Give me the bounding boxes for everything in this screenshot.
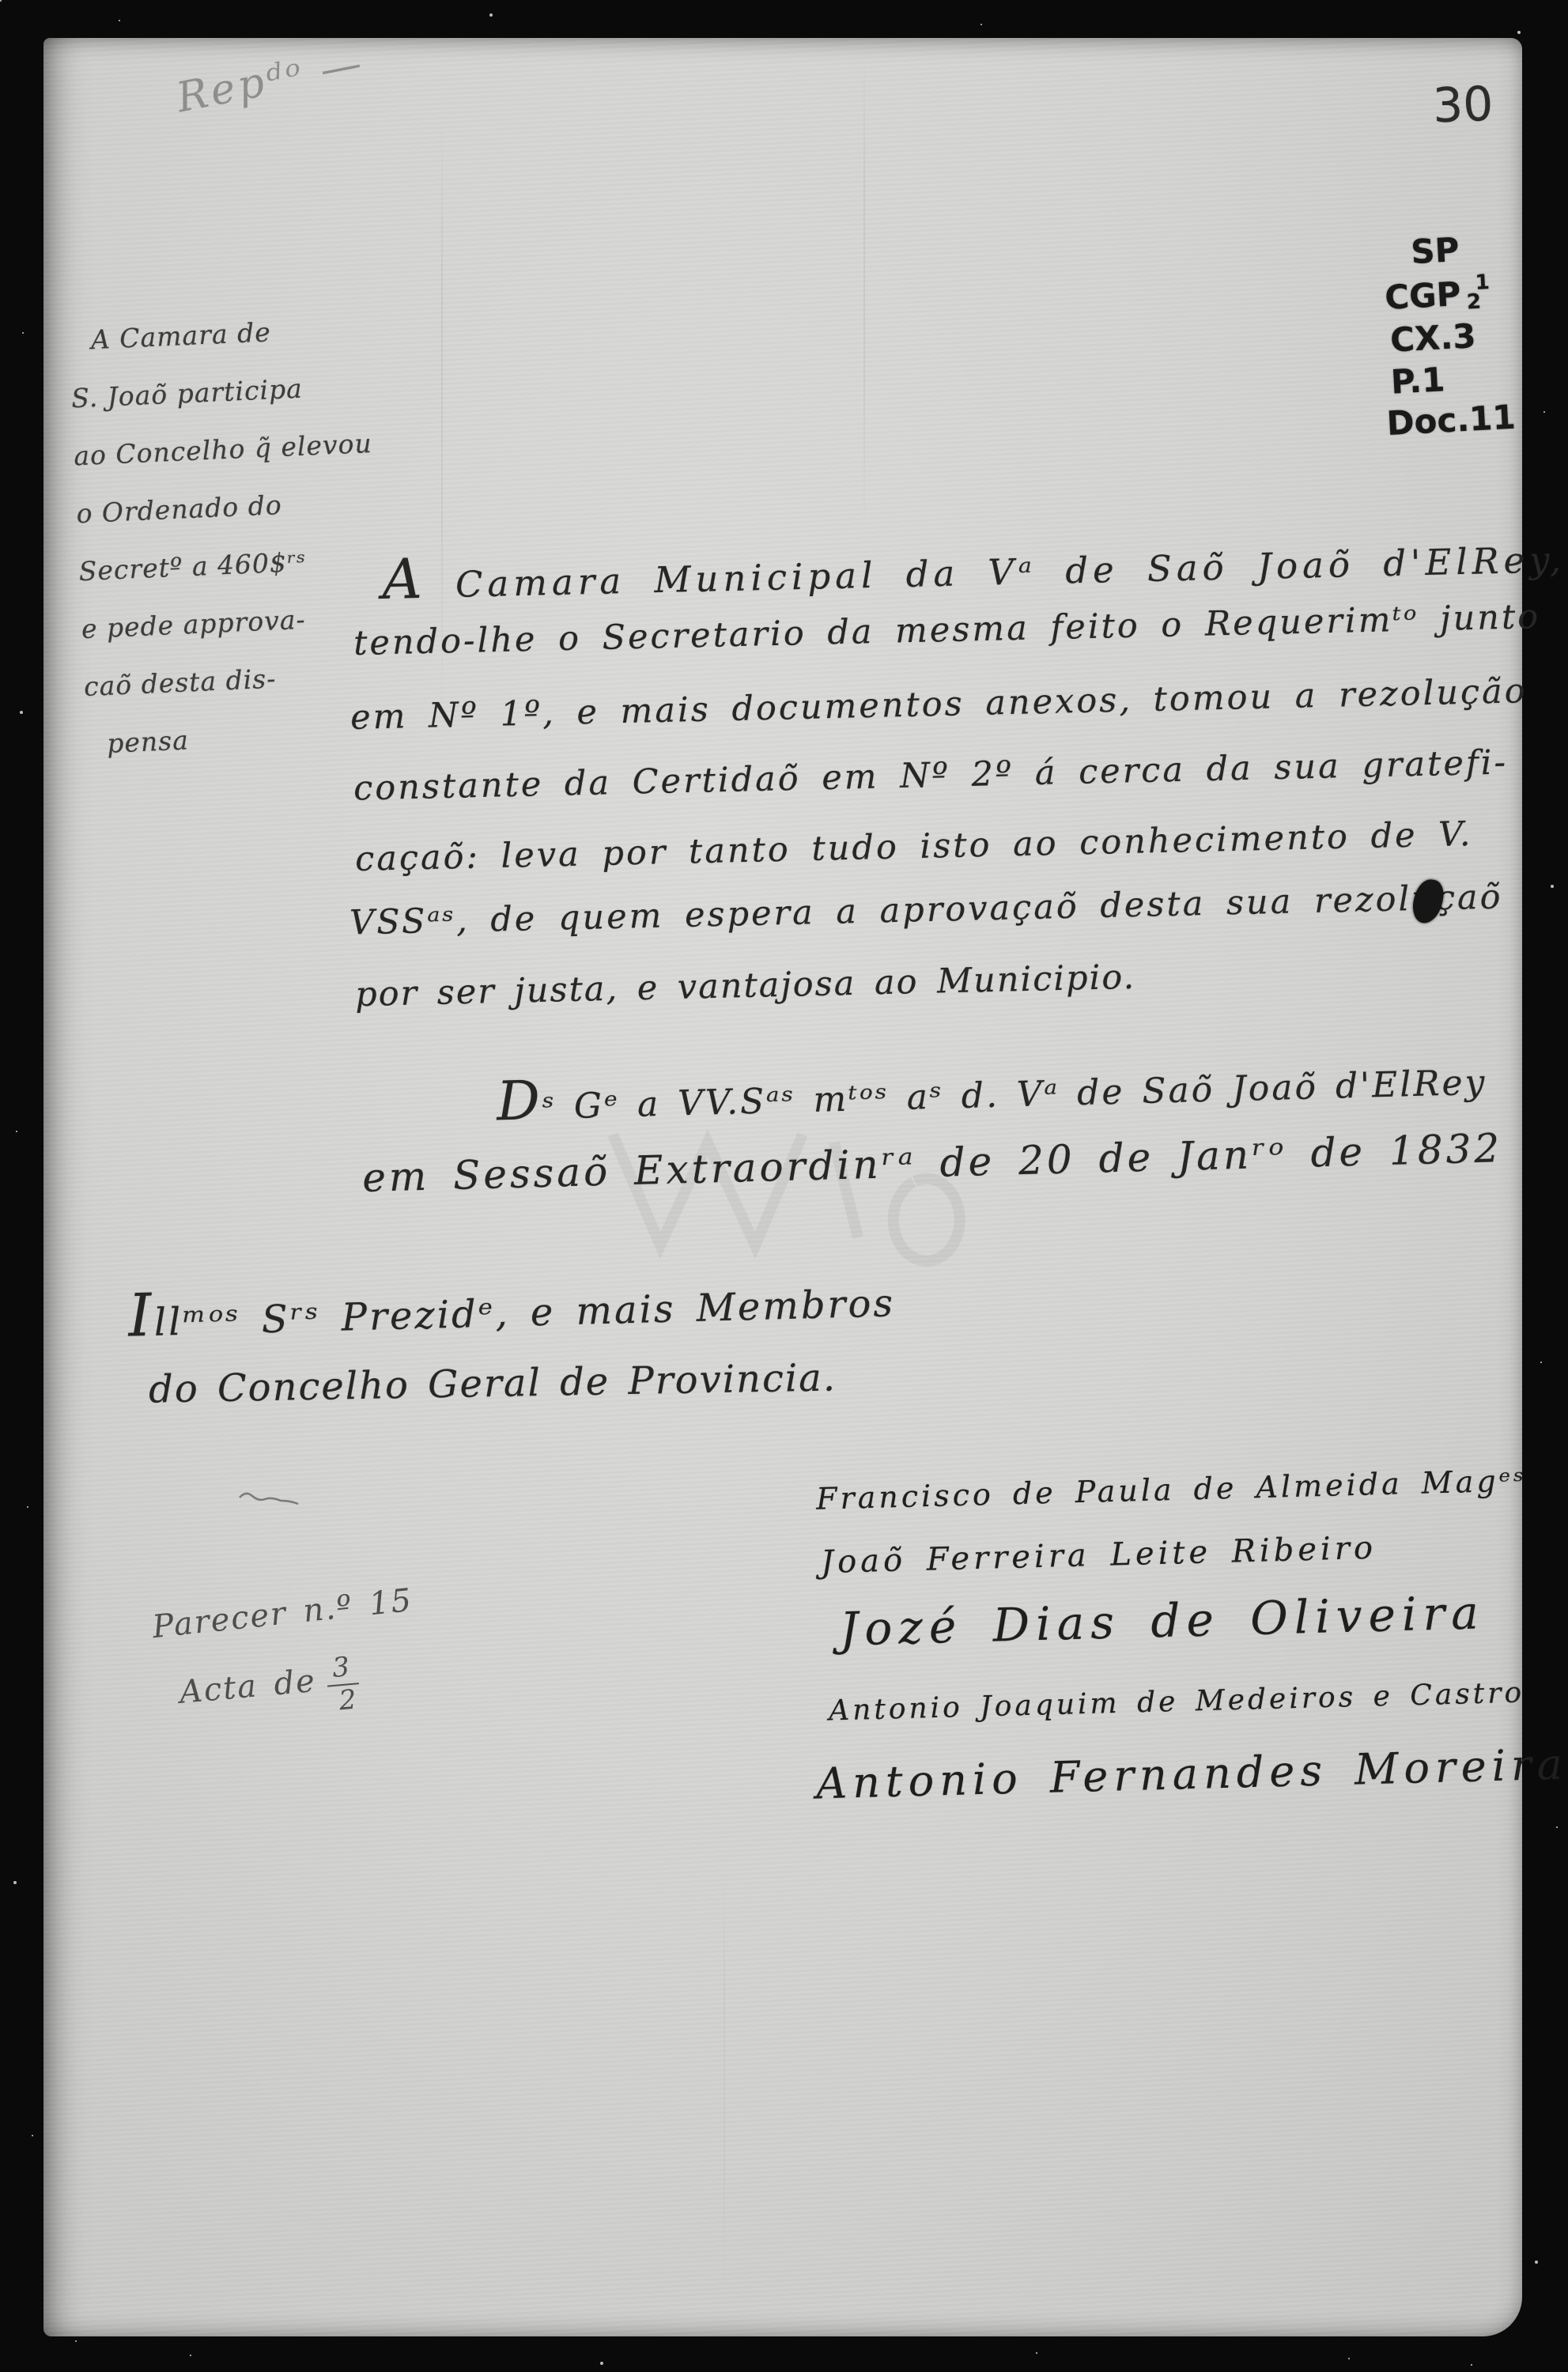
page-number: 30	[1432, 77, 1494, 134]
paper-crease	[863, 47, 865, 538]
microfilm-scan: { "doc": { "page_number": "30", "pencil_…	[0, 0, 1568, 2372]
stamp-line-cgp: CGP12	[1384, 271, 1509, 317]
archival-reference-stamp: SP CGP12 CX.3 P.1 Doc.11	[1377, 228, 1517, 444]
stamp-line-p: P.1	[1390, 356, 1514, 402]
stamp-line-doc: Doc.11	[1385, 398, 1516, 444]
stamp-line-cx: CX.3	[1389, 315, 1512, 360]
stamp-fraction-denominator: 2	[1466, 292, 1491, 312]
stamp-line-sp: SP	[1410, 228, 1507, 272]
stamp-cgp-fraction: 12	[1462, 273, 1491, 313]
marginal-summary: A Camara de S. Joaõ participa ao Concelh…	[67, 299, 386, 773]
check-squiggle-mark	[237, 1490, 300, 1510]
stamp-cgp-prefix: CGP	[1384, 274, 1462, 317]
acta-fraction-denominator: 2	[338, 1684, 359, 1716]
docket-acta-fraction: 3 2	[325, 1652, 361, 1717]
paper-crease	[724, 1858, 725, 2301]
film-dust-speckles	[0, 0, 2, 2]
acta-fraction-numerator: 3	[325, 1652, 359, 1686]
paper-watermark	[597, 1107, 1008, 1273]
marginalia-line: pensa	[106, 703, 386, 772]
